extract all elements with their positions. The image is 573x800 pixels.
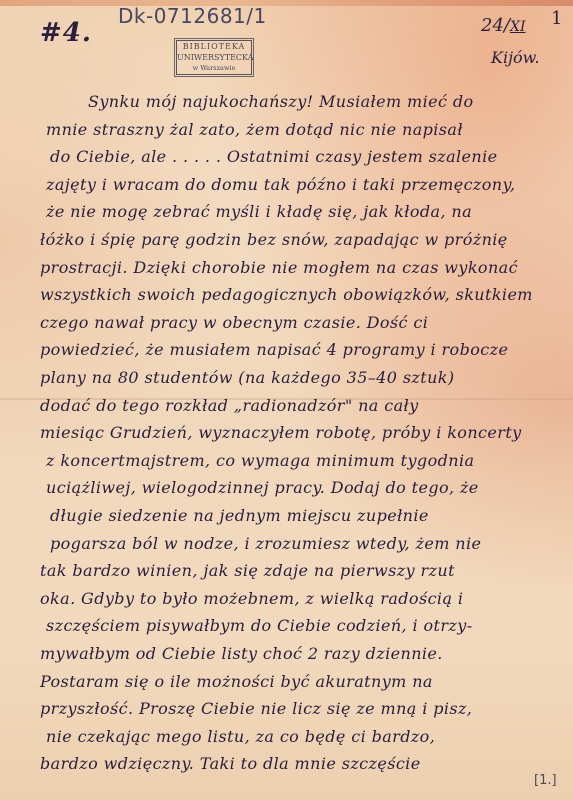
archive-page-number: [1.]: [534, 773, 557, 788]
letter-line: oka. Gdyby to było możebnem, z wielką ra…: [40, 589, 463, 608]
letter-line: wszystkich swoich pedagogicznych obowiąz…: [40, 285, 533, 304]
letter-line: pogarsza ból w nodze, i zrozumiesz wtedy…: [50, 534, 481, 553]
letter-line: bardzo wdzięczny. Taki to dla mnie szczę…: [40, 754, 421, 773]
letter-line: do Ciebie, ale . . . . . Ostatnimi czasy…: [50, 147, 498, 166]
letter-line: tak bardzo winien, jak się zdaje na pier…: [40, 561, 455, 580]
letter-line: zajęty i wracam do domu tak późno i taki…: [46, 175, 515, 194]
letter-line: prostracji. Dzięki chorobie nie mogłem n…: [40, 258, 518, 277]
letter-line: czego nawał pracy w obecnym czasie. Dość…: [40, 313, 428, 332]
letter-line: długie siedzenie na jednym miejscu zupeł…: [50, 506, 429, 525]
paper-edge: [0, 0, 573, 6]
letter-line: szczęściem pisywałbym do Ciebie codzień,…: [46, 616, 473, 635]
letter-date: 24/XI: [481, 15, 525, 36]
date-day: 24: [481, 15, 504, 36]
letter-line: mywałbym od Ciebie listy choć 2 razy dzi…: [40, 644, 443, 663]
letter-line: Synku mój najukochańszy! Musiałem mieć d…: [88, 92, 474, 111]
letter-page: #4. Dk-0712681/1 1 24/XI Kijów. BIBLIOTE…: [0, 0, 573, 800]
letter-line: Postaram się o ile możności być akuratny…: [40, 672, 433, 691]
page-mark: 1: [551, 8, 562, 29]
stamp-line-1: BIBLIOTEKA: [177, 42, 251, 53]
letter-line: plany na 80 studentów (na każdego 35–40 …: [40, 368, 455, 387]
letter-line: z koncertmajstrem, co wymaga minimum tyg…: [46, 451, 474, 470]
date-month: XI: [510, 19, 526, 35]
letter-line: łóżko i śpię parę godzin bez snów, zapad…: [40, 230, 508, 249]
letter-number: #4.: [40, 18, 92, 48]
letter-line: powiedzieć, że musiałem napisać 4 progra…: [40, 340, 508, 359]
stamp-line-2: UNIWERSYTECKA: [177, 53, 251, 64]
letter-line: mnie straszny żal zato, żem dotąd nic ni…: [46, 120, 463, 139]
letter-line: miesiąc Grudzień, wyznaczyłem robotę, pr…: [40, 423, 522, 442]
letter-line: nie czekając mego listu, za co będę ci b…: [46, 727, 435, 746]
letter-line: przyszłość. Proszę Ciebie nie licz się z…: [40, 699, 472, 718]
library-stamp: BIBLIOTEKA UNIWERSYTECKA w Warszawie: [176, 40, 252, 75]
catalog-mark: Dk-0712681/1: [118, 4, 267, 28]
letter-place: Kijów.: [491, 48, 540, 67]
letter-line: uciążliwej, wielogodzinnej pracy. Dodaj …: [46, 478, 479, 497]
stamp-line-3: w Warszawie: [177, 63, 251, 74]
letter-line: dodać do tego rozkład „radionadzór" na c…: [40, 396, 419, 415]
letter-line: że nie mogę zebrać myśli i kładę się, ja…: [46, 202, 472, 221]
